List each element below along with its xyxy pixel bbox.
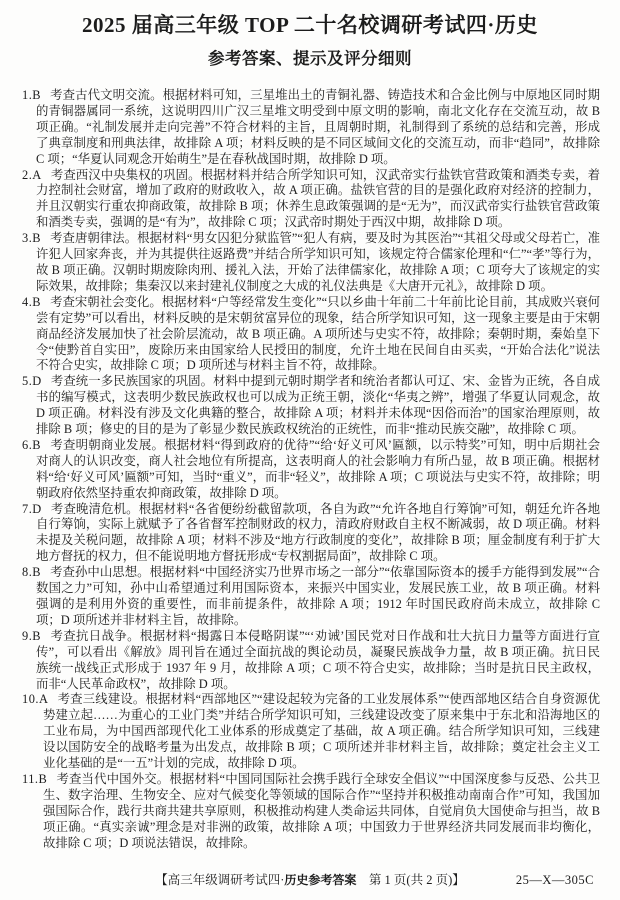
answer-number: 10.A — [22, 692, 48, 706]
answer-item: 7.D考查晚清危机。根据材料“各省便纷纷截留款项，各自为政”“允许各地自行筹饷”… — [22, 502, 600, 566]
answer-text: 考查三线建设。根据材料“西部地区”“建设起较为完备的工业发展体系”“使西部地区结… — [43, 692, 600, 770]
footer-left: 【高三年级调研考试四·历史参考答案 第 1 页(共 2 页)】 — [155, 873, 465, 887]
answer-text: 考查统一多民族国家的巩固。材料中提到元朝时期学者和统治者都认可辽、宋、金皆为正统… — [36, 374, 600, 436]
answer-item: 5.D考查统一多民族国家的巩固。材料中提到元朝时期学者和统治者都认可辽、宋、金皆… — [22, 374, 600, 438]
answer-number: 8.B — [22, 565, 41, 579]
answer-number: 1.B — [22, 88, 41, 102]
page-title: 2025 届高三年级 TOP 二十名校调研考试四·历史 — [0, 0, 620, 39]
answer-item: 1.B考查古代文明交流。根据材料可知，三星堆出土的青铜礼器、铸造技术和合金比例与… — [22, 88, 600, 168]
answer-number: 9.B — [22, 629, 41, 643]
answer-number: 2.A — [22, 168, 42, 182]
answer-text: 考查晚清危机。根据材料“各省便纷纷截留款项，各自为政”“允许各地自行筹饷”可知，… — [36, 502, 600, 564]
answer-number: 4.B — [22, 295, 41, 309]
answer-item: 9.B考查抗日战争。根据材料“揭露日本侵略阴谋”“‘劝诫’国民党对日作战和壮大抗… — [22, 629, 600, 693]
answer-item: 2.A考查西汉中央集权的巩固。根据材料并结合所学知识可知，汉武帝实行盐铁官营政策… — [22, 168, 600, 232]
answer-text: 考查当代中国外交。根据材料“中国同国际社会携手践行全球安全倡议”“中国深度参与反… — [43, 772, 600, 850]
answer-text: 考查明朝商业发展。根据材料“得到政府的优待”“给‘好义可风’匾额，以示特奖”可知… — [36, 438, 600, 500]
footer-answer-title: 历史参考答案 — [284, 873, 356, 887]
answer-item: 11.B考查当代中国外交。根据材料“中国同国际社会携手践行全球安全倡议”“中国深… — [22, 772, 600, 852]
answer-item: 8.B考查孙中山思想。根据材料“中国经济实乃世界市场之一部分”“依靠国际资本的援… — [22, 565, 600, 629]
footer-code: 25—X—305C — [516, 873, 594, 888]
answer-number: 3.B — [22, 231, 41, 245]
answer-number: 7.D — [22, 502, 42, 516]
answer-item: 10.A考查三线建设。根据材料“西部地区”“建设起较为完备的工业发展体系”“使西… — [22, 692, 600, 772]
answer-item: 3.B考查唐朝律法。根据材料“男女囚犯分狱监管”“犯人有病，要及时为其医治”“其… — [22, 231, 600, 295]
answers-list: 1.B考查古代文明交流。根据材料可知，三星堆出土的青铜礼器、铸造技术和合金比例与… — [22, 88, 600, 852]
page-subtitle: 参考答案、提示及评分细则 — [0, 45, 620, 69]
answer-number: 6.B — [22, 438, 41, 452]
answer-text: 考查西汉中央集权的巩固。根据材料并结合所学知识可知，汉武帝实行盐铁官营政策和酒类… — [36, 168, 600, 230]
answer-text: 考查抗日战争。根据材料“揭露日本侵略阴谋”“‘劝诫’国民党对日作战和壮大抗日力量… — [36, 629, 600, 691]
footer-bracket-prefix: 【高三年级调研考试四· — [155, 873, 284, 887]
answer-text: 考查孙中山思想。根据材料“中国经济实乃世界市场之一部分”“依靠国际资本的援手方能… — [36, 565, 600, 627]
answer-item: 4.B考查宋朝社会变化。根据材料“户等经常发生变化”“只以乡曲十年前二十年前比论… — [22, 295, 600, 375]
answer-number: 5.D — [22, 374, 42, 388]
answer-text: 考查唐朝律法。根据材料“男女囚犯分狱监管”“犯人有病，要及时为其医治”“其祖父母… — [36, 231, 600, 293]
page: 2025 届高三年级 TOP 二十名校调研考试四·历史 参考答案、提示及评分细则… — [0, 0, 620, 900]
answer-item: 6.B考查明朝商业发展。根据材料“得到政府的优待”“给‘好义可风’匾额，以示特奖… — [22, 438, 600, 502]
answer-text: 考查古代文明交流。根据材料可知，三星堆出土的青铜礼器、铸造技术和合金比例与中原地… — [36, 88, 600, 166]
footer-page-info: 第 1 页(共 2 页)】 — [356, 873, 464, 887]
answer-number: 11.B — [22, 772, 47, 786]
page-footer: 【高三年级调研考试四·历史参考答案 第 1 页(共 2 页)】 25—X—305… — [0, 873, 620, 888]
answer-text: 考查宋朝社会变化。根据材料“户等经常发生变化”“只以乡曲十年前二十年前比论目前，… — [36, 295, 600, 373]
